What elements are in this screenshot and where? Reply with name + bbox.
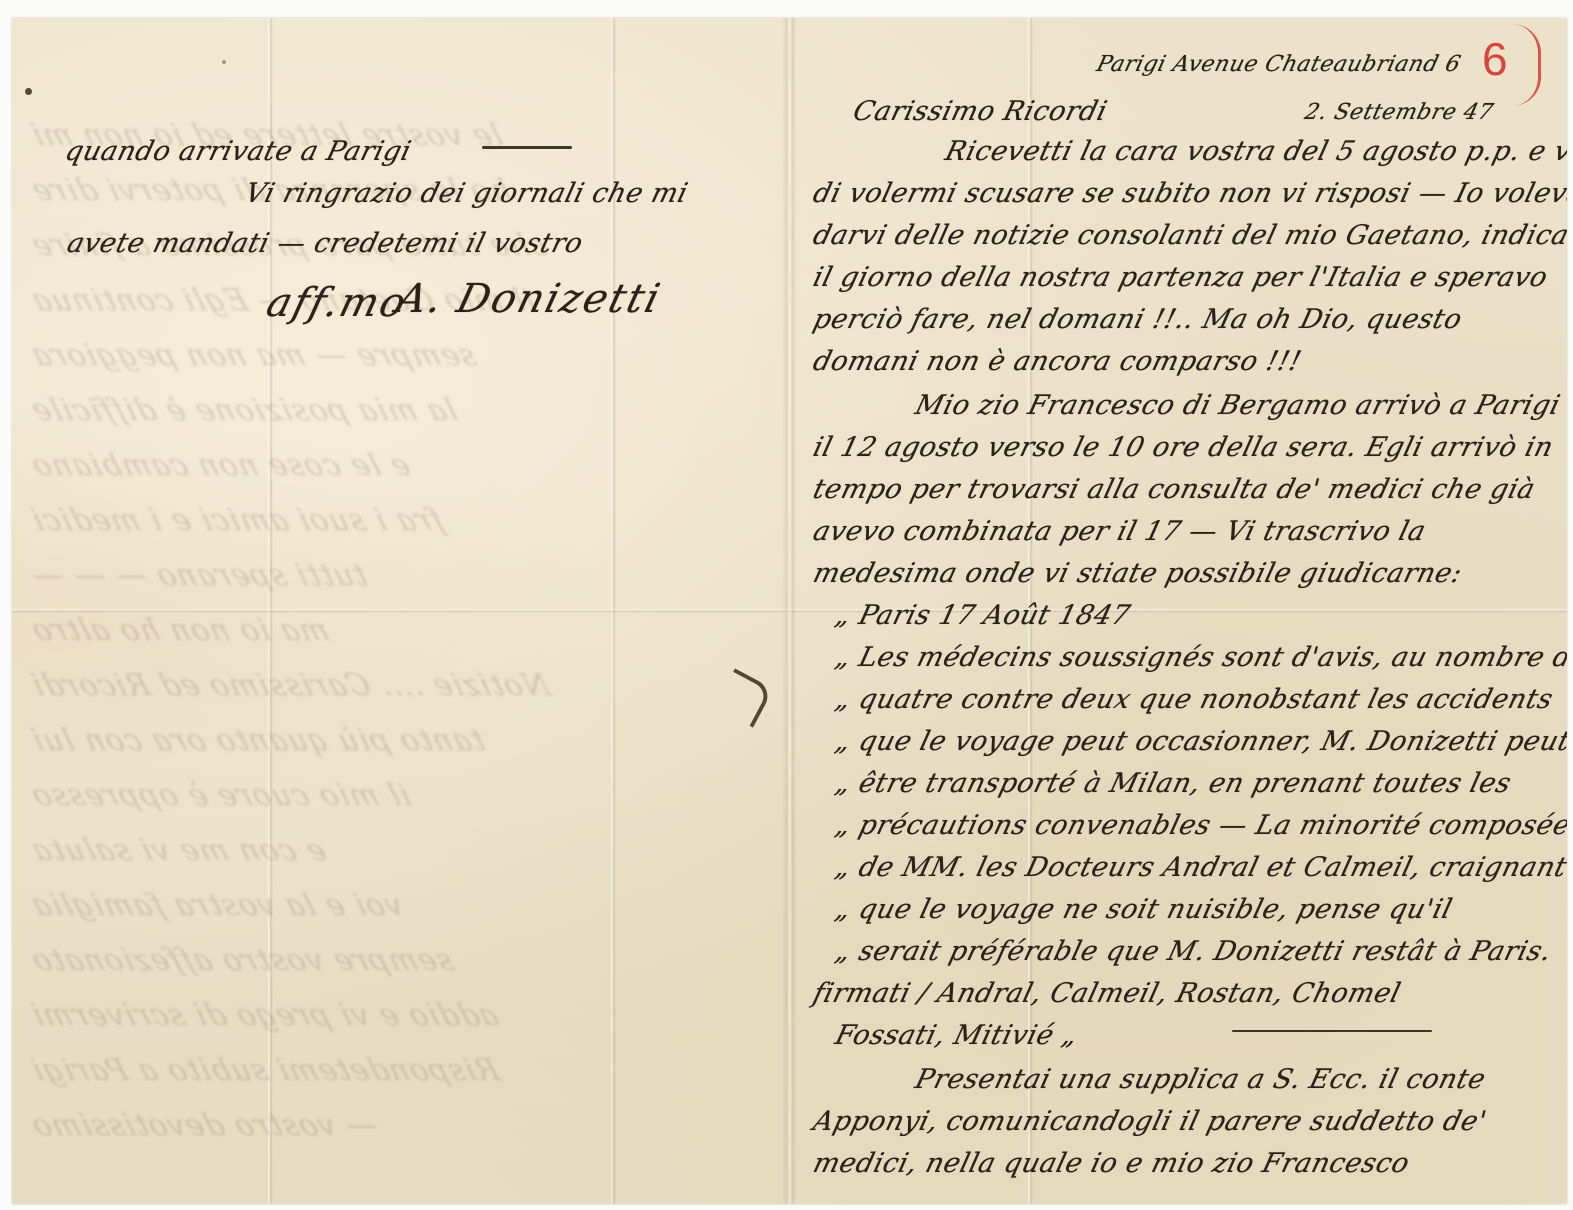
body-line: Presentai una supplica a S. Ecc. il cont… <box>912 1064 1489 1095</box>
left-page: quando arrivate a Parigi Vi ringrazio de… <box>12 18 787 1204</box>
body-line: perciò fare, nel domani !!.. Ma oh Dio, … <box>810 304 1465 335</box>
letter-date: 2. Settembre 47 <box>1302 100 1496 125</box>
quote-line: „ que le voyage peut occasionner, M. Don… <box>832 726 1567 757</box>
body-line: medesima onde vi stiate possibile giudic… <box>810 558 1465 589</box>
body-line: medici, nella quale io e mio zio Frances… <box>810 1148 1413 1179</box>
body-line: Ricevetti la cara vostra del 5 agosto p.… <box>942 136 1567 167</box>
quote-date: „ Paris 17 Août 1847 <box>832 600 1134 631</box>
right-page: Parigi Avenue Chateaubriand 6 Carissimo … <box>802 18 1567 1204</box>
dash <box>1232 1030 1432 1032</box>
body-line: di volermi scusare se subito non vi risp… <box>810 178 1567 209</box>
body-line: il 12 agosto verso le 10 ore della sera.… <box>810 432 1557 463</box>
letter-sheet: le vostre lettere ed io non mi ho la spe… <box>12 18 1567 1204</box>
left-line-2: Vi ringrazio dei giornali che mi <box>242 178 691 209</box>
signatories: Fossati, Mitivié „ <box>832 1020 1081 1051</box>
quote-line: „ précautions convenables — La minorité … <box>832 810 1567 841</box>
salutation: Carissimo Ricordi <box>850 96 1110 127</box>
body-line: tempo per trovarsi alla consulta de' med… <box>810 474 1538 505</box>
quote-line: „ que le voyage ne soit nuisible, pense … <box>832 894 1455 925</box>
body-line: domani non è ancora comparso !!! <box>810 346 1305 377</box>
letter-place: Parigi Avenue Chateaubriand 6 <box>1094 52 1463 77</box>
quote-line: „ serait préférable que M. Donizetti res… <box>832 936 1555 967</box>
body-line: Apponyi, comunicandogli il parere suddet… <box>810 1106 1490 1137</box>
signature-prefix: aff.mo <box>262 280 412 326</box>
left-line-3: avete mandati — credetemi il vostro <box>64 228 586 259</box>
folio-number: 6 <box>1482 36 1508 82</box>
dash <box>482 146 572 149</box>
quote-line: „ quatre contre deux que nonobstant les … <box>832 684 1556 715</box>
signatories: firmati / Andral, Calmeil, Rostan, Chome… <box>810 978 1404 1009</box>
quote-line: „ de MM. les Docteurs Andral et Calmeil,… <box>832 852 1567 883</box>
quote-line: „ Les médecins soussignés sont d'avis, a… <box>832 642 1567 673</box>
body-line: il giorno della nostra partenza per l'It… <box>810 262 1551 293</box>
body-line: darvi delle notizie consolanti del mio G… <box>810 220 1567 251</box>
left-line-1: quando arrivate a Parigi <box>62 136 415 167</box>
quote-line: „ être transporté à Milan, en prenant to… <box>832 768 1514 799</box>
body-line: Mio zio Francesco di Bergamo arrivò a Pa… <box>912 390 1563 421</box>
body-line: avevo combinata per il 17 — Vi trascrivo… <box>810 516 1429 547</box>
signature: A. Donizetti <box>392 276 666 322</box>
